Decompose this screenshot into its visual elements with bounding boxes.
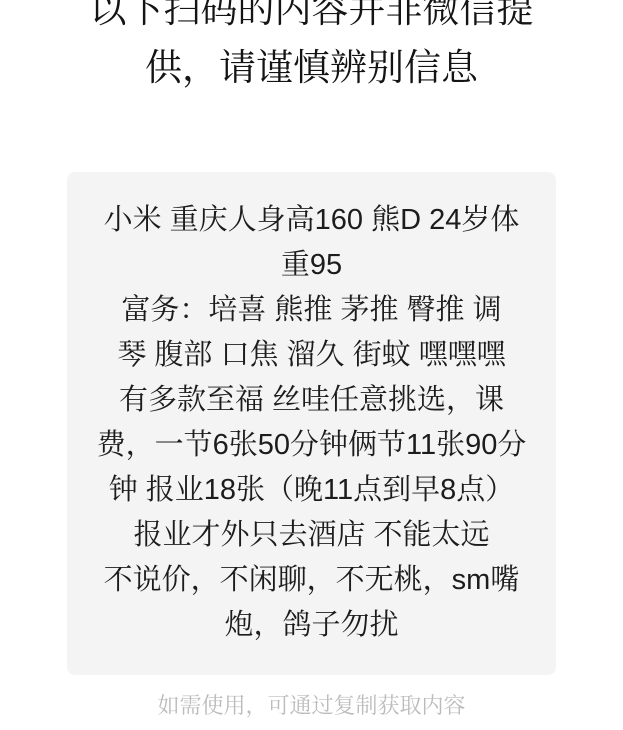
- content-line-7: 钟 报业18张（晚11点到早8点）: [67, 468, 556, 513]
- content-line-4: 琴 腹部 口焦 溜久 街蚊 嘿嘿嘿: [67, 333, 556, 378]
- warning-line-2: 供，请谨慎辨别信息: [0, 39, 623, 97]
- scan-result-page: { "warning": { "full_text": "以下扫码的内容并非微信…: [0, 0, 623, 730]
- copy-hint-text: 如需使用，可通过复制获取内容: [0, 691, 623, 721]
- content-line-2: 重95: [67, 243, 556, 288]
- warning-line-1: 以下扫码的内容并非微信提: [0, 0, 623, 39]
- content-line-8: 报业才外只去酒店 不能太远: [67, 513, 556, 558]
- content-line-3: 富务：培喜 熊推 茅推 臀推 调: [67, 288, 556, 333]
- content-line-1: 小米 重庆人身高160 熊D 24岁体: [67, 198, 556, 243]
- content-line-10: 炮，鸽子勿扰: [67, 603, 556, 648]
- content-line-5: 有多款至福 丝哇任意挑选，课: [67, 378, 556, 423]
- scanned-content-box: 小米 重庆人身高160 熊D 24岁体 重95 富务：培喜 熊推 茅推 臀推 调…: [67, 172, 556, 675]
- wechat-scan-warning: 以下扫码的内容并非微信提 供，请谨慎辨别信息: [0, 0, 623, 97]
- content-line-9: 不说价，不闲聊，不无桃，sm嘴: [67, 558, 556, 603]
- content-line-6: 费，一节6张50分钟俩节11张90分: [67, 423, 556, 468]
